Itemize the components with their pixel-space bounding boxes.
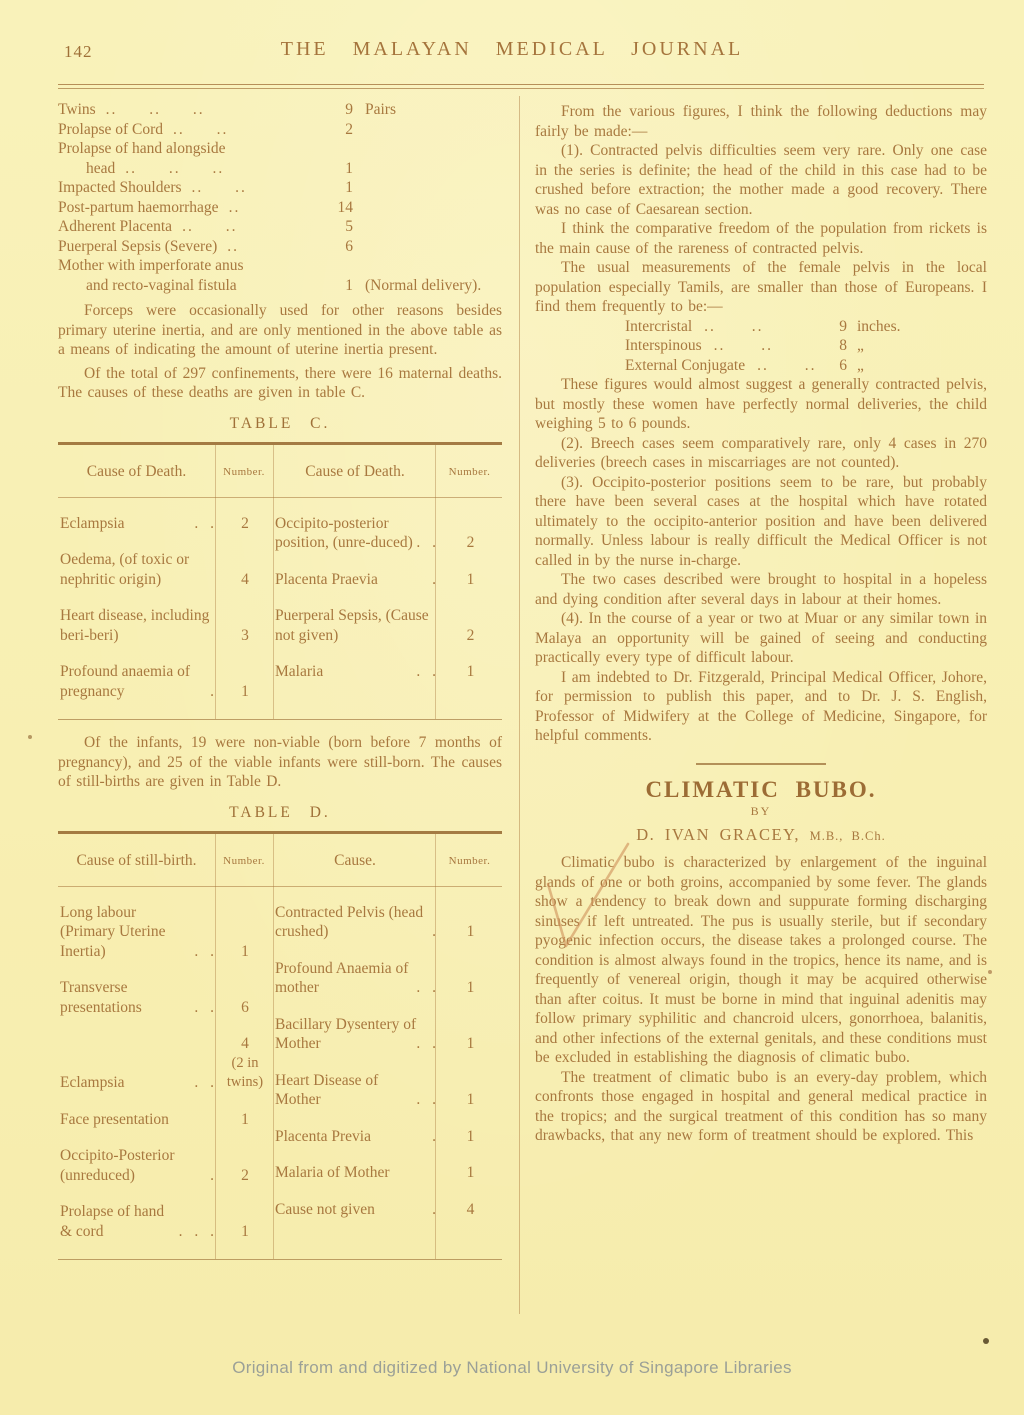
table-c-left-half: Eclampsia . . 2 Oedema, (of toxic or nep… — [58, 514, 273, 704]
measurement-label: Interspinous — [625, 336, 702, 356]
stat-value: 5 — [323, 217, 353, 237]
left-column: Twins .. .. .. 9 Pairs Prolapse of Cord … — [58, 100, 502, 1260]
dot-leader — [237, 276, 323, 296]
stat-row: Prolapse of Cord .. .. 2 — [58, 120, 353, 140]
stat-value: 14 — [323, 198, 353, 218]
table-row: Oedema, (of toxic or nephritic origin) 4 — [58, 550, 273, 589]
cause-cell: Placenta Previa — [273, 1127, 432, 1147]
table-row: Bacillary Dysentery of Mother . . 1 — [273, 1015, 502, 1054]
stat-label: Mother with imperforate anus — [58, 256, 244, 276]
stat-value: 1 — [323, 178, 353, 198]
dot-leader: .. — [219, 198, 323, 218]
number-cell: 1 — [439, 570, 502, 590]
table-row: Transverse presentations . . 6 — [58, 978, 273, 1017]
number-cell: 1 — [217, 1110, 273, 1130]
dot-leader: .. .. — [692, 317, 823, 337]
stat-label: head — [86, 159, 115, 179]
dot-leader: .. — [217, 237, 323, 257]
cause-cell: Oedema, (of toxic or nephritic origin) — [58, 550, 214, 589]
stat-value: 2 — [323, 120, 353, 140]
journal-page: 142 THE MALAYAN MEDICAL JOURNAL Twins ..… — [0, 0, 1024, 1415]
column-header: Cause of still-birth. — [58, 851, 215, 871]
dot-leader: . . — [194, 998, 217, 1018]
number-cell: 1 — [439, 922, 502, 942]
table-row: Long labour (Primary Uterine Inertia) . … — [58, 903, 273, 962]
dot-leader: .. .. — [172, 217, 323, 237]
number-cell: 4(2 in twins) — [217, 1034, 273, 1093]
table-row: Prolapse of hand & cord . . . 1 — [58, 1202, 273, 1241]
table-row: Eclampsia . . 2 — [58, 514, 273, 534]
table-c-right-half: Occipito-posterior position, (unre-duced… — [273, 514, 502, 704]
stat-label: Impacted Shoulders — [58, 178, 182, 198]
number-cell: 2 — [217, 1166, 273, 1186]
pelvis-measurements-list: Intercristal .. .. 9 inches. Interspinou… — [535, 317, 987, 376]
dot-leader: .. .. — [182, 178, 323, 198]
measurement-label: Intercristal — [625, 317, 692, 337]
number-cell: 1 — [439, 978, 502, 998]
cause-cell: Occipito-posterior position, (unre-duced… — [273, 514, 416, 553]
number-cell: 4 — [217, 570, 273, 590]
section-divider-rule — [696, 763, 826, 765]
stat-label: Prolapse of hand alongside — [58, 139, 225, 159]
stat-row: and recto-vaginal fistula 1 (Normal deli… — [58, 276, 353, 296]
measurement-row: Interspinous .. .. 8 „ — [535, 336, 847, 356]
column-header: Number. — [215, 461, 273, 483]
measurement-row: External Conjugate .. .. 6 „ — [535, 356, 847, 376]
dot-leader: . . — [194, 1073, 217, 1093]
paragraph-forceps: Forceps were occasionally used for other… — [58, 301, 502, 360]
digitization-credit: Original from and digitized by National … — [0, 1358, 1024, 1378]
table-row: Cause not given . 4 — [273, 1200, 502, 1220]
column-header: Number. — [437, 850, 502, 872]
stat-label: Post-partum haemorrhage — [58, 198, 219, 218]
stat-row: Prolapse of hand alongside — [58, 139, 353, 159]
header-double-rule — [58, 84, 984, 89]
stat-row: Post-partum haemorrhage .. 14 — [58, 198, 353, 218]
cause-cell: Face presentation — [58, 1110, 214, 1130]
measurement-unit: inches. — [857, 317, 900, 337]
dot-leader: . . — [194, 514, 217, 534]
number-cell: 2 — [439, 626, 502, 646]
paragraph-acknowledgements: I am indebted to Dr. Fitzgerald, Princip… — [535, 668, 987, 746]
paragraph-contracted-pelvis: (1). Contracted pelvis difficulties seem… — [535, 141, 987, 219]
table-row: Contracted Pelvis (head crushed) . 1 — [273, 903, 502, 942]
paragraph-rickets: I think the comparative freedom of the p… — [535, 219, 987, 258]
ink-speck — [988, 970, 992, 974]
cause-cell: Transverse presentations — [58, 978, 194, 1017]
number-cell: 1 — [439, 1090, 502, 1110]
paragraph-infants: Of the infants, 19 were non-viable (born… — [58, 733, 502, 792]
column-header: Number. — [215, 850, 273, 872]
number-cell: 1 — [439, 1127, 502, 1147]
dot-leader: .. .. — [702, 336, 823, 356]
table-row: Puerperal Sepsis, (Cause not given) 2 — [273, 606, 502, 645]
stat-value: 9 — [323, 100, 353, 120]
measurement-value: 6 — [823, 356, 847, 376]
paragraph-deductions: From the various figures, I think the fo… — [535, 102, 987, 141]
number-cell: 1 — [439, 662, 502, 682]
dot-leader: .. .. .. — [115, 159, 323, 179]
number-cell: 4 — [439, 1200, 502, 1220]
cause-cell: Puerperal Sepsis, (Cause not given) — [273, 606, 436, 645]
author-name: D. IVAN GRACEY, — [636, 825, 800, 844]
table-row: Malaria . . 1 — [273, 662, 502, 682]
dot-leader: . . — [194, 942, 217, 962]
ink-speck — [28, 735, 32, 739]
number-value: 4 — [241, 1035, 249, 1052]
stat-label: Prolapse of Cord — [58, 120, 163, 140]
table-row: Occipito-posterior position, (unre-duced… — [273, 514, 502, 553]
measurement-value: 8 — [823, 336, 847, 356]
column-header: Cause of Death. — [273, 462, 437, 482]
author-credentials: M.B., B.Ch. — [810, 829, 886, 843]
paragraph-climatic-bubo-2: The treatment of climatic bubo is an eve… — [535, 1068, 987, 1146]
number-cell: 1 — [217, 942, 273, 962]
table-column-rule — [273, 834, 274, 1259]
column-header: Cause of Death. — [58, 462, 215, 482]
pencil-check-mark — [534, 838, 644, 956]
table-row: Malaria of Mother 1 — [273, 1163, 502, 1183]
cause-cell: Profound anaemia of pregnancy — [58, 662, 210, 701]
stat-label: and recto-vaginal fistula — [86, 276, 237, 296]
table-d: Cause of still-birth. Number. Cause. Num… — [58, 831, 502, 1260]
measurement-unit: „ — [857, 336, 864, 356]
paragraph-total-confinements: Of the total of 297 confinements, there … — [58, 364, 502, 403]
stat-row: Adherent Placenta .. .. 5 — [58, 217, 353, 237]
stat-label: Adherent Placenta — [58, 217, 172, 237]
stat-row: Impacted Shoulders .. .. 1 — [58, 178, 353, 198]
stat-row: Twins .. .. .. 9 Pairs — [58, 100, 353, 120]
measurement-value: 9 — [823, 317, 847, 337]
paragraph-figures-suggest: These figures would almost suggest a gen… — [535, 375, 987, 434]
stat-label: Puerperal Sepsis (Severe) — [58, 237, 217, 257]
table-row: Occipito-Posterior (unreduced) . 2 — [58, 1146, 273, 1185]
measurement-row: Intercristal .. .. 9 inches. — [535, 317, 847, 337]
dot-leader: .. .. — [163, 120, 323, 140]
paragraph-two-cases: The two cases described were brought to … — [535, 570, 987, 609]
table-row: Eclampsia . . 4(2 in twins) — [58, 1034, 273, 1093]
cause-cell: Prolapse of hand & cord — [58, 1202, 179, 1241]
stat-value: 6 — [323, 237, 353, 257]
table-row: Heart disease, including beri-beri) 3 — [58, 606, 273, 645]
cause-cell: Occipito-Posterior (unreduced) — [58, 1146, 210, 1185]
table-row: Profound Anaemia of mother . . 1 — [273, 959, 502, 998]
table-row: Heart Disease of Mother . . 1 — [273, 1071, 502, 1110]
stat-label: Twins — [58, 100, 96, 120]
stat-row: head .. .. .. 1 — [58, 159, 353, 179]
cause-cell: Cause not given — [273, 1200, 432, 1220]
number-cell: 6 — [217, 998, 273, 1018]
cause-cell: Bacillary Dysentery of Mother — [273, 1015, 416, 1054]
cause-cell: Profound Anaemia of mother — [273, 959, 416, 998]
dot-leader: . . . — [179, 1222, 217, 1242]
column-divider-rule — [519, 96, 520, 1314]
paragraph-measurements-intro: The usual measurements of the female pel… — [535, 258, 987, 317]
table-c-heading: TABLE C. — [58, 414, 502, 434]
dot-leader: .. .. — [745, 356, 823, 376]
stat-note: Pairs — [365, 100, 396, 120]
delivery-stats-list: Twins .. .. .. 9 Pairs Prolapse of Cord … — [58, 100, 502, 295]
paragraph-muar: (4). In the course of a year or two at M… — [535, 609, 987, 668]
table-d-right-half: Contracted Pelvis (head crushed) . 1 Pro… — [273, 903, 502, 1244]
stat-note: (Normal delivery). — [365, 276, 481, 296]
table-column-rule — [435, 445, 436, 719]
cause-cell: Heart Disease of Mother — [273, 1071, 416, 1110]
paragraph-occipito: (3). Occipito-posterior positions seem t… — [535, 473, 987, 571]
number-cell: 2 — [439, 533, 502, 553]
right-column: From the various figures, I think the fo… — [535, 102, 987, 1146]
number-cell: 1 — [217, 1222, 273, 1242]
cause-cell: Heart disease, including beri-beri) — [58, 606, 214, 645]
table-row: Face presentation 1 — [58, 1110, 273, 1130]
cause-cell: Placenta Praevia — [273, 570, 432, 590]
stat-row: Mother with imperforate anus — [58, 256, 353, 276]
journal-title: THE MALAYAN MEDICAL JOURNAL — [0, 40, 1024, 60]
stat-row: Puerperal Sepsis (Severe) .. 6 — [58, 237, 353, 257]
measurement-label: External Conjugate — [625, 356, 745, 376]
number-cell: 1 — [439, 1163, 502, 1183]
table-row: Placenta Praevia . 1 — [273, 570, 502, 590]
table-column-rule — [215, 834, 216, 1259]
cause-cell: Malaria — [273, 662, 416, 682]
column-header: Cause. — [273, 851, 437, 871]
table-row: Placenta Previa . 1 — [273, 1127, 502, 1147]
table-column-rule — [435, 834, 436, 1259]
table-c: Cause of Death. Number. Cause of Death. … — [58, 442, 502, 720]
table-d-heading: TABLE D. — [58, 803, 502, 823]
table-d-left-half: Long labour (Primary Uterine Inertia) . … — [58, 903, 273, 1244]
article-title: CLIMATIC BUBO. — [535, 780, 987, 800]
number-note: (2 in twins) — [217, 1054, 273, 1093]
table-column-rule — [273, 445, 274, 719]
cause-cell: Eclampsia — [58, 514, 194, 534]
number-cell: 1 — [217, 682, 273, 702]
table-row: Profound anaemia of pregnancy . 1 — [58, 662, 273, 701]
stat-value: 1 — [323, 276, 353, 296]
stat-value: 1 — [323, 159, 353, 179]
paragraph-breech: (2). Breech cases seem comparatively rar… — [535, 434, 987, 473]
cause-cell: Contracted Pelvis (head crushed) — [273, 903, 432, 942]
measurement-unit: „ — [857, 356, 864, 376]
article-by-label: BY — [535, 802, 987, 822]
number-cell: 3 — [217, 626, 273, 646]
table-column-rule — [215, 445, 216, 719]
dot-leader: .. .. .. — [96, 100, 323, 120]
column-header: Number. — [437, 461, 502, 483]
ink-speck — [983, 1338, 989, 1344]
number-cell: 1 — [439, 1034, 502, 1054]
number-cell: 2 — [217, 514, 273, 534]
cause-cell: Malaria of Mother — [273, 1163, 436, 1183]
cause-cell: Eclampsia — [58, 1073, 194, 1093]
cause-cell: Long labour (Primary Uterine Inertia) — [58, 903, 194, 962]
